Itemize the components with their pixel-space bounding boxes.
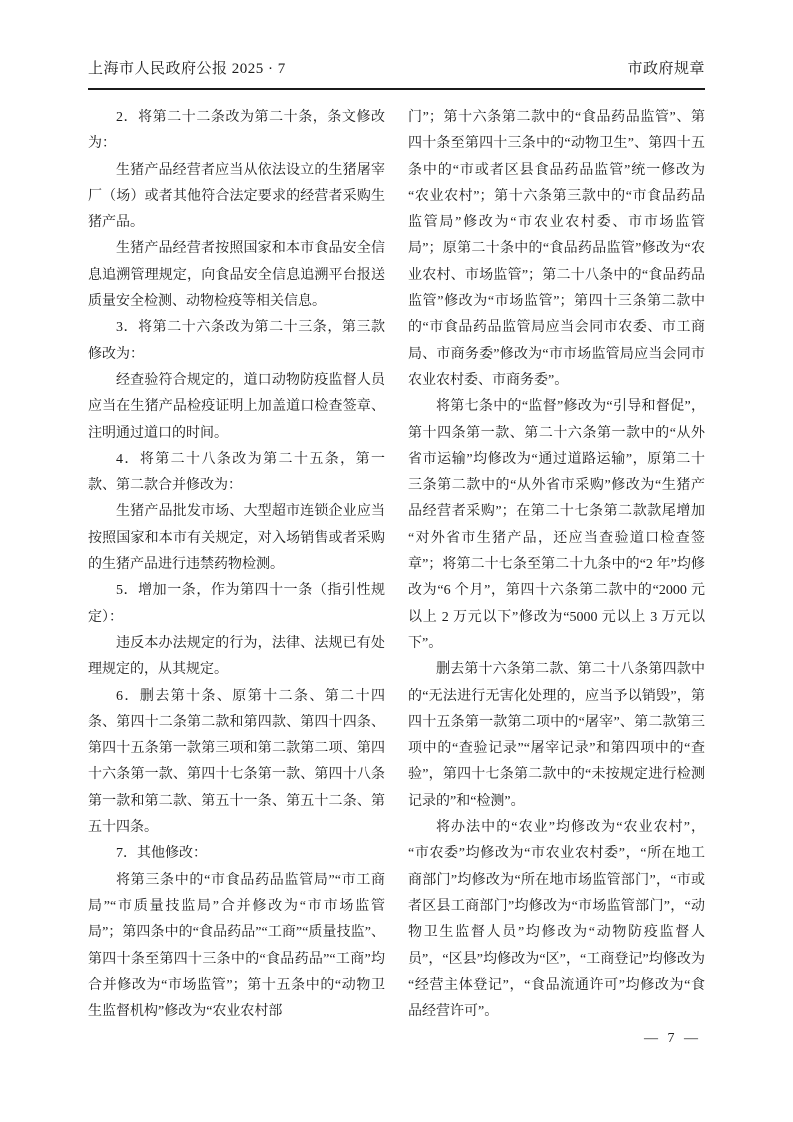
- paragraph: 生猪产品经营者应当从依法设立的生猪屠宰厂（场）或者其他符合法定要求的经营者采购生…: [88, 158, 385, 237]
- paragraph: 将第三条中的“市食品药品监管局”“市工商局”“市质量技监局”合并修改为“市市场监…: [88, 868, 385, 1026]
- paragraph: 5．增加一条，作为第四十一条（指引性规定）：: [88, 578, 385, 631]
- gazette-header: 上海市人民政府公报 2025 · 7 市政府规章: [88, 57, 705, 90]
- paragraph: 4．将第二十八条改为第二十五条，第一款、第二款合并修改为：: [88, 447, 385, 500]
- paragraph: 违反本办法规定的行为，法律、法规已有处理规定的，从其规定。: [88, 631, 385, 684]
- paragraph: 生猪产品经营者按照国家和本市食品安全信息追溯管理规定，向食品安全信息追溯平台报送…: [88, 236, 385, 315]
- section-label: 市政府规章: [627, 57, 705, 78]
- paragraph: 2．将第二十二条改为第二十条，条文修改为：: [88, 105, 385, 158]
- paragraph: 3．将第二十六条改为第二十三条，第三款修改为：: [88, 315, 385, 368]
- paragraph: 将办法中的“农业”均修改为“农业农村”，“市农委”均修改为“市农业农村委”，“所…: [408, 815, 705, 1025]
- paragraph: 7．其他修改：: [88, 841, 385, 867]
- page-number: — 7 —: [408, 1026, 705, 1052]
- paragraph: 6．删去第十条、原第十二条、第二十四条、第四十二条第二款和第四款、第四十四条、第…: [88, 684, 385, 842]
- paragraph: 将第七条中的“监督”修改为“引导和督促”，第十四条第一款、第二十六条第一款中的“…: [408, 394, 705, 657]
- paragraph: 删去第十六条第二款、第二十八条第四款中的“无法进行无害化处理的，应当予以销毁”，…: [408, 657, 705, 815]
- right-column: 门”；第十六条第二款中的“食品药品监管”、第四十条至第四十三条中的“动物卫生”、…: [408, 105, 705, 1053]
- two-column-body: 2．将第二十二条改为第二十条，条文修改为： 生猪产品经营者应当从依法设立的生猪屠…: [88, 105, 705, 1053]
- paragraph-continuation: 门”；第十六条第二款中的“食品药品监管”、第四十条至第四十三条中的“动物卫生”、…: [408, 105, 705, 394]
- gazette-title: 上海市人民政府公报 2025 · 7: [88, 57, 286, 78]
- paragraph: 经查验符合规定的，道口动物防疫监督人员应当在生猪产品检疫证明上加盖道口检查签章、…: [88, 368, 385, 447]
- left-column: 2．将第二十二条改为第二十条，条文修改为： 生猪产品经营者应当从依法设立的生猪屠…: [88, 105, 385, 1053]
- document-page: 上海市人民政府公报 2025 · 7 市政府规章 2．将第二十二条改为第二十条，…: [88, 0, 705, 1053]
- paragraph: 生猪产品批发市场、大型超市连锁企业应当按照国家和本市有关规定，对入场销售或者采购…: [88, 499, 385, 578]
